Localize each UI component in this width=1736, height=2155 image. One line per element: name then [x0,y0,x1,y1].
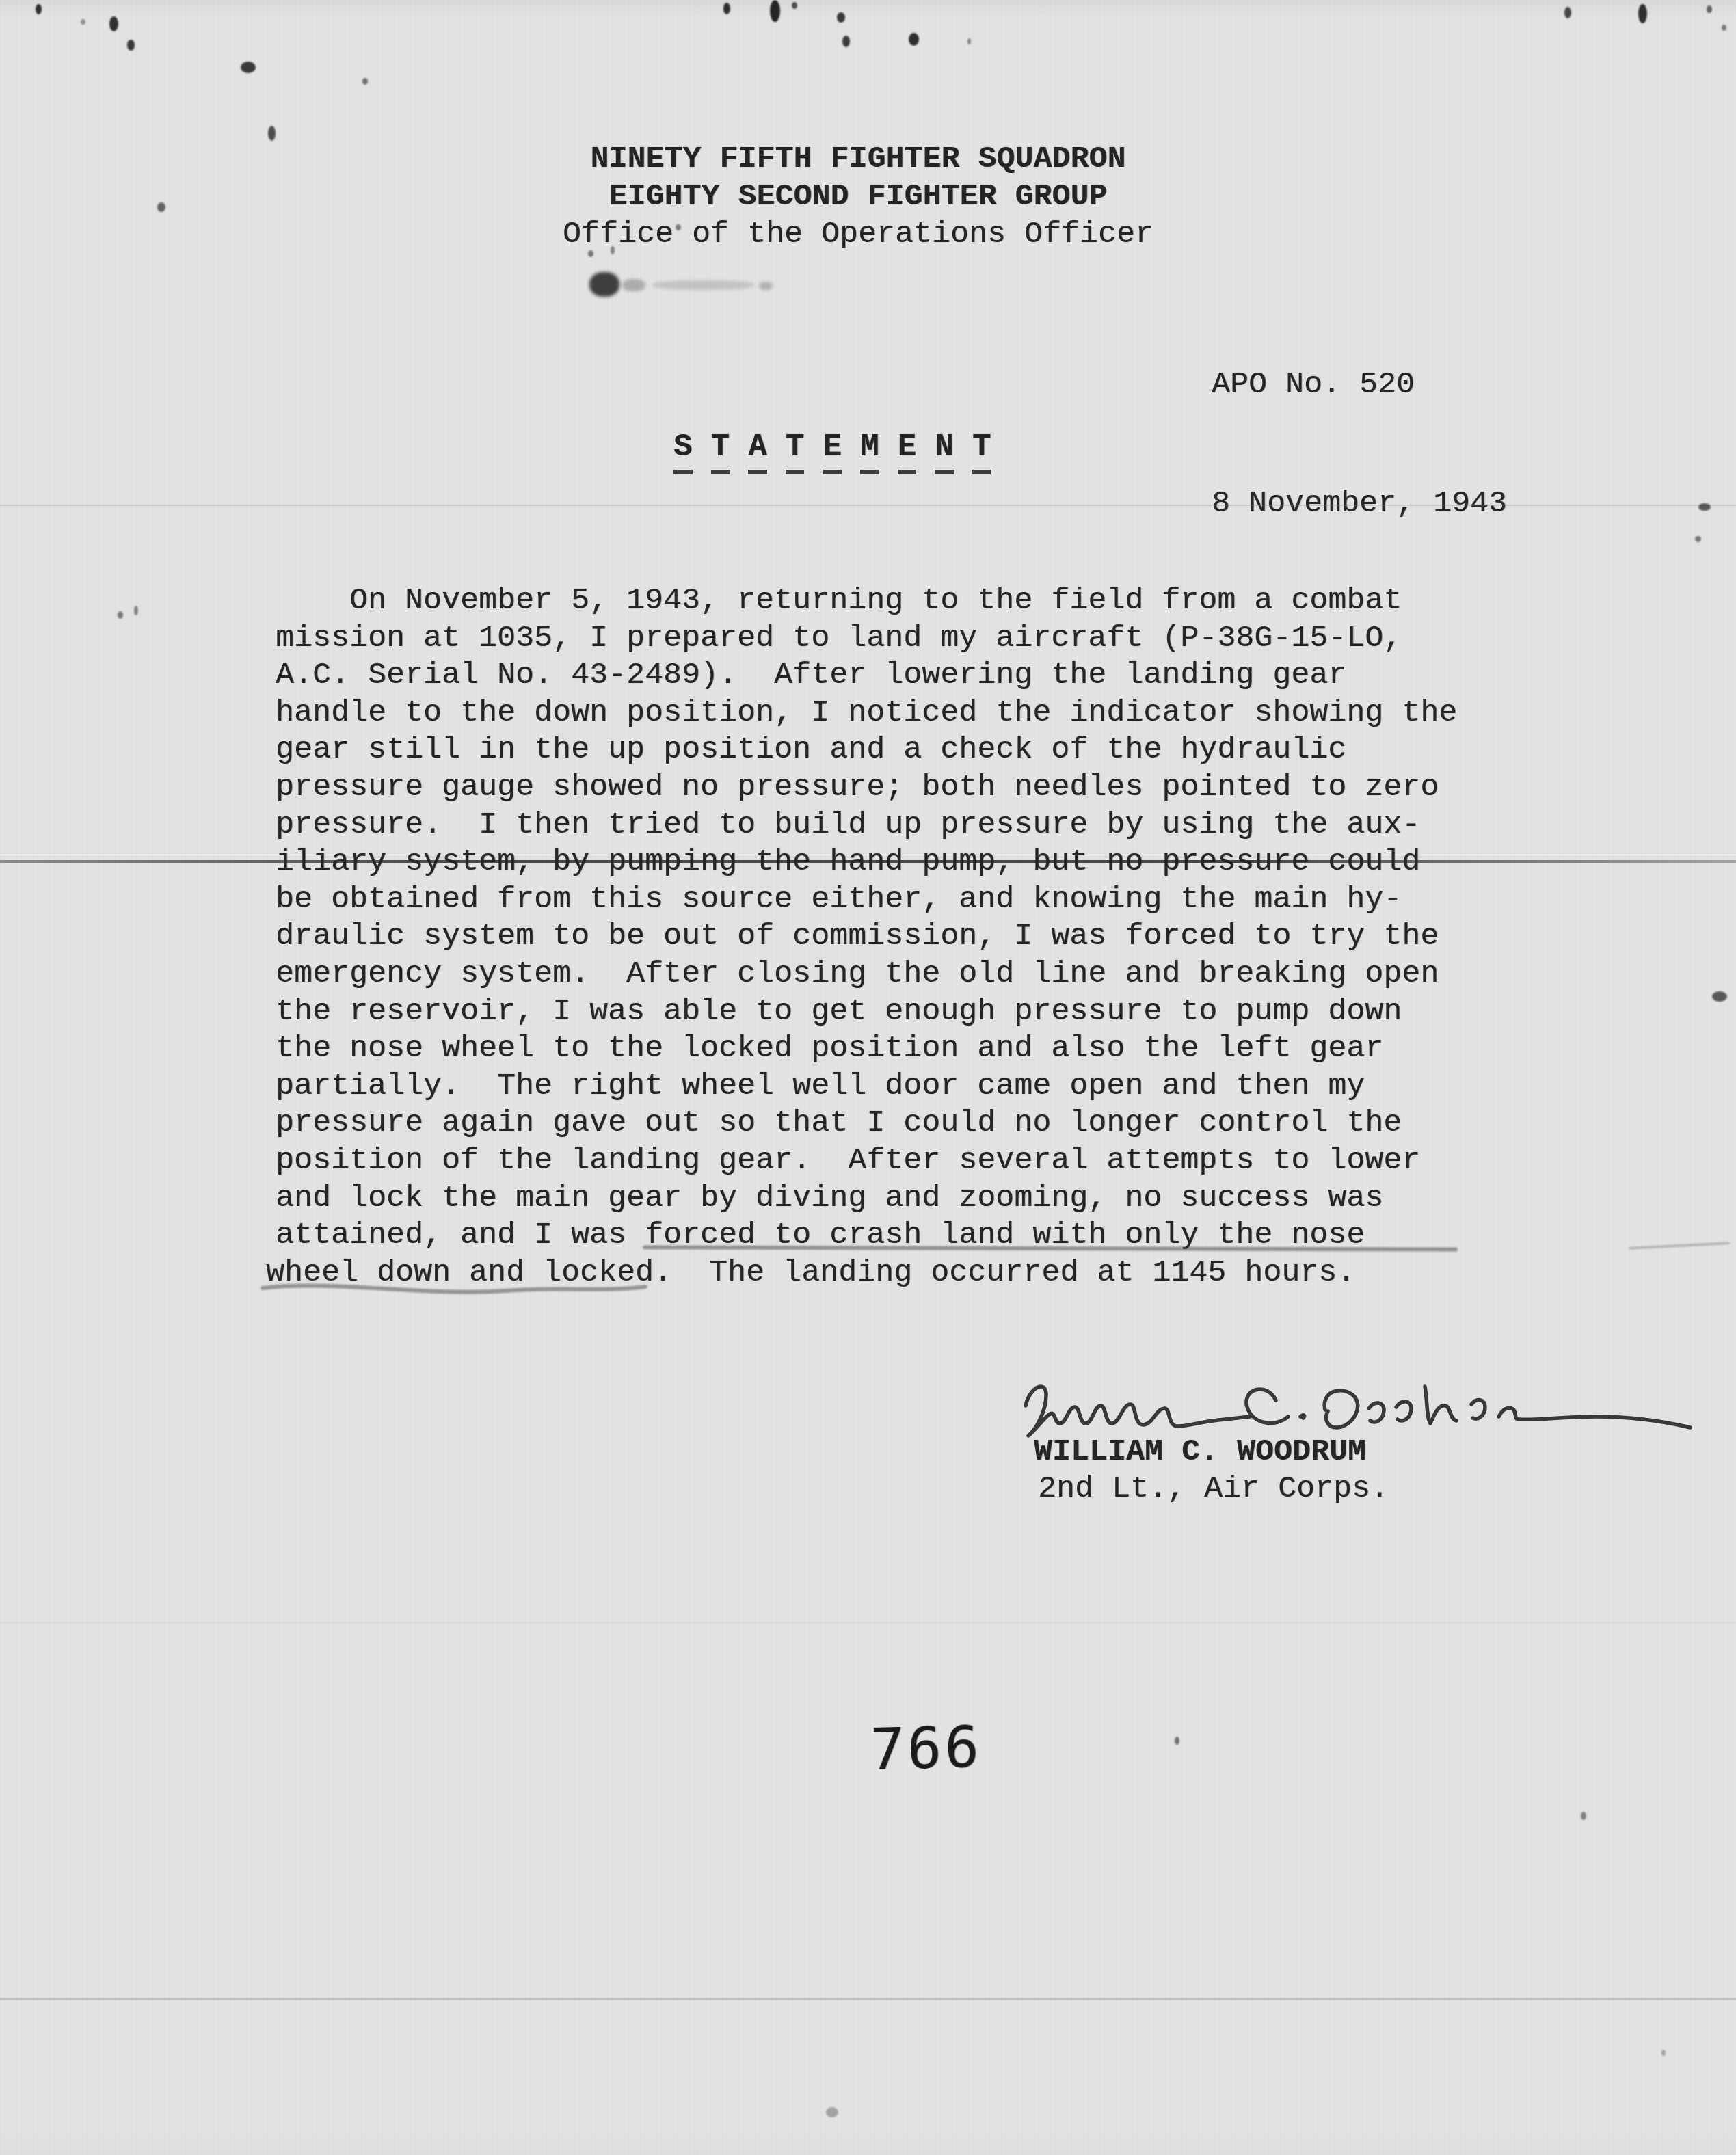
date-line: 8 November, 1943 [1212,484,1507,524]
ink-speck [1175,1737,1179,1745]
body-line: gear still in the up position and a chec… [276,732,1457,769]
body-line: On November 5, 1943, returning to the fi… [276,583,1457,620]
body-line: emergency system. After closing the old … [276,956,1457,993]
ink-speck [1581,1812,1586,1820]
fold-line [0,1998,1736,2000]
title-letter: E [898,429,917,474]
ink-speck [157,202,165,212]
body-line: draulic system to be out of commission, … [276,918,1457,956]
ink-speck [241,62,256,73]
ink-speck [1722,25,1726,31]
body-line: partially. The right wheel well door cam… [276,1068,1457,1106]
ink-speck [842,36,850,47]
ink-speck [1638,4,1647,23]
body-line: pressure gauge showed no pressure; both … [276,769,1457,807]
page-number: 766 [870,1713,983,1783]
ink-speck [118,611,123,619]
title-letter: M [860,429,879,474]
signature-typed-name: WILLIAM C. WOODRUM [1034,1434,1366,1469]
title-letter: T [711,429,730,474]
ink-speck [611,246,615,254]
ink-speck [1698,503,1711,511]
unit-line-1: NINETY FIFTH FIGHTER SQUADRON [523,140,1193,178]
ink-speck [1661,2050,1666,2056]
ink-speck [36,4,42,14]
body-line: the nose wheel to the locked position an… [276,1030,1457,1068]
meta-block: APO No. 520 8 November, 1943 [1212,286,1507,603]
ink-speck [1695,536,1701,542]
ink-speck [268,126,276,141]
body-line: pressure. I then tried to build up press… [276,807,1457,844]
pencil-underline-wavy [258,1277,655,1300]
office-line: Office of the Operations Officer [523,215,1193,253]
ink-speck [770,0,780,22]
statement-title: STATEMENT [673,429,991,474]
scan-line-echo [0,857,1736,857]
body-line: the reservoir, I was able to get enough … [276,993,1457,1031]
ink-speck [1712,991,1727,1002]
statement-body: On November 5, 1943, returning to the fi… [276,583,1457,1291]
ink-speck [723,3,730,14]
body-line: be obtained from this source either, and… [276,881,1457,919]
title-letter: T [786,429,805,474]
body-line: handle to the down position, I noticed t… [276,695,1457,732]
ink-speck [909,33,919,46]
ink-speck [967,38,971,44]
ink-speck [588,250,593,257]
ink-speck [792,2,797,9]
scan-line [0,860,1736,863]
ink-speck [826,2107,838,2117]
ink-speck [1564,7,1571,18]
ink-speck [127,40,135,51]
title-letter: N [935,429,954,474]
title-letter: T [972,429,991,474]
body-line: A.C. Serial No. 43-2489). After lowering… [276,657,1457,695]
ink-speck [362,78,368,85]
body-line: mission at 1035, I prepared to land my a… [276,620,1457,658]
pencil-underline-tail [1629,1242,1730,1250]
fold-line [0,1622,1736,1623]
ink-speck [81,19,85,25]
title-letter: A [748,429,767,474]
unit-line-2: EIGHTY SECOND FIGHTER GROUP [523,178,1193,215]
title-letter: S [673,429,693,474]
ink-speck [109,16,118,31]
apo-line: APO No. 520 [1212,365,1507,405]
title-letter: E [823,429,842,474]
scanned-document-page: NINETY FIFTH FIGHTER SQUADRON EIGHTY SEC… [0,0,1736,2155]
body-line: pressure again gave out so that I could … [276,1105,1457,1142]
ink-speck [676,224,681,230]
body-line: position of the landing gear. After seve… [276,1142,1457,1180]
ink-speck [1707,5,1712,13]
body-line: and lock the main gear by diving and zoo… [276,1180,1457,1218]
fold-line [0,505,1736,506]
stamp-smudge [587,265,792,301]
ink-speck [134,606,138,615]
signature-rank-line: 2nd Lt., Air Corps. [1038,1471,1389,1506]
ink-speck [837,12,845,23]
letterhead: NINETY FIFTH FIGHTER SQUADRON EIGHTY SEC… [523,140,1193,253]
